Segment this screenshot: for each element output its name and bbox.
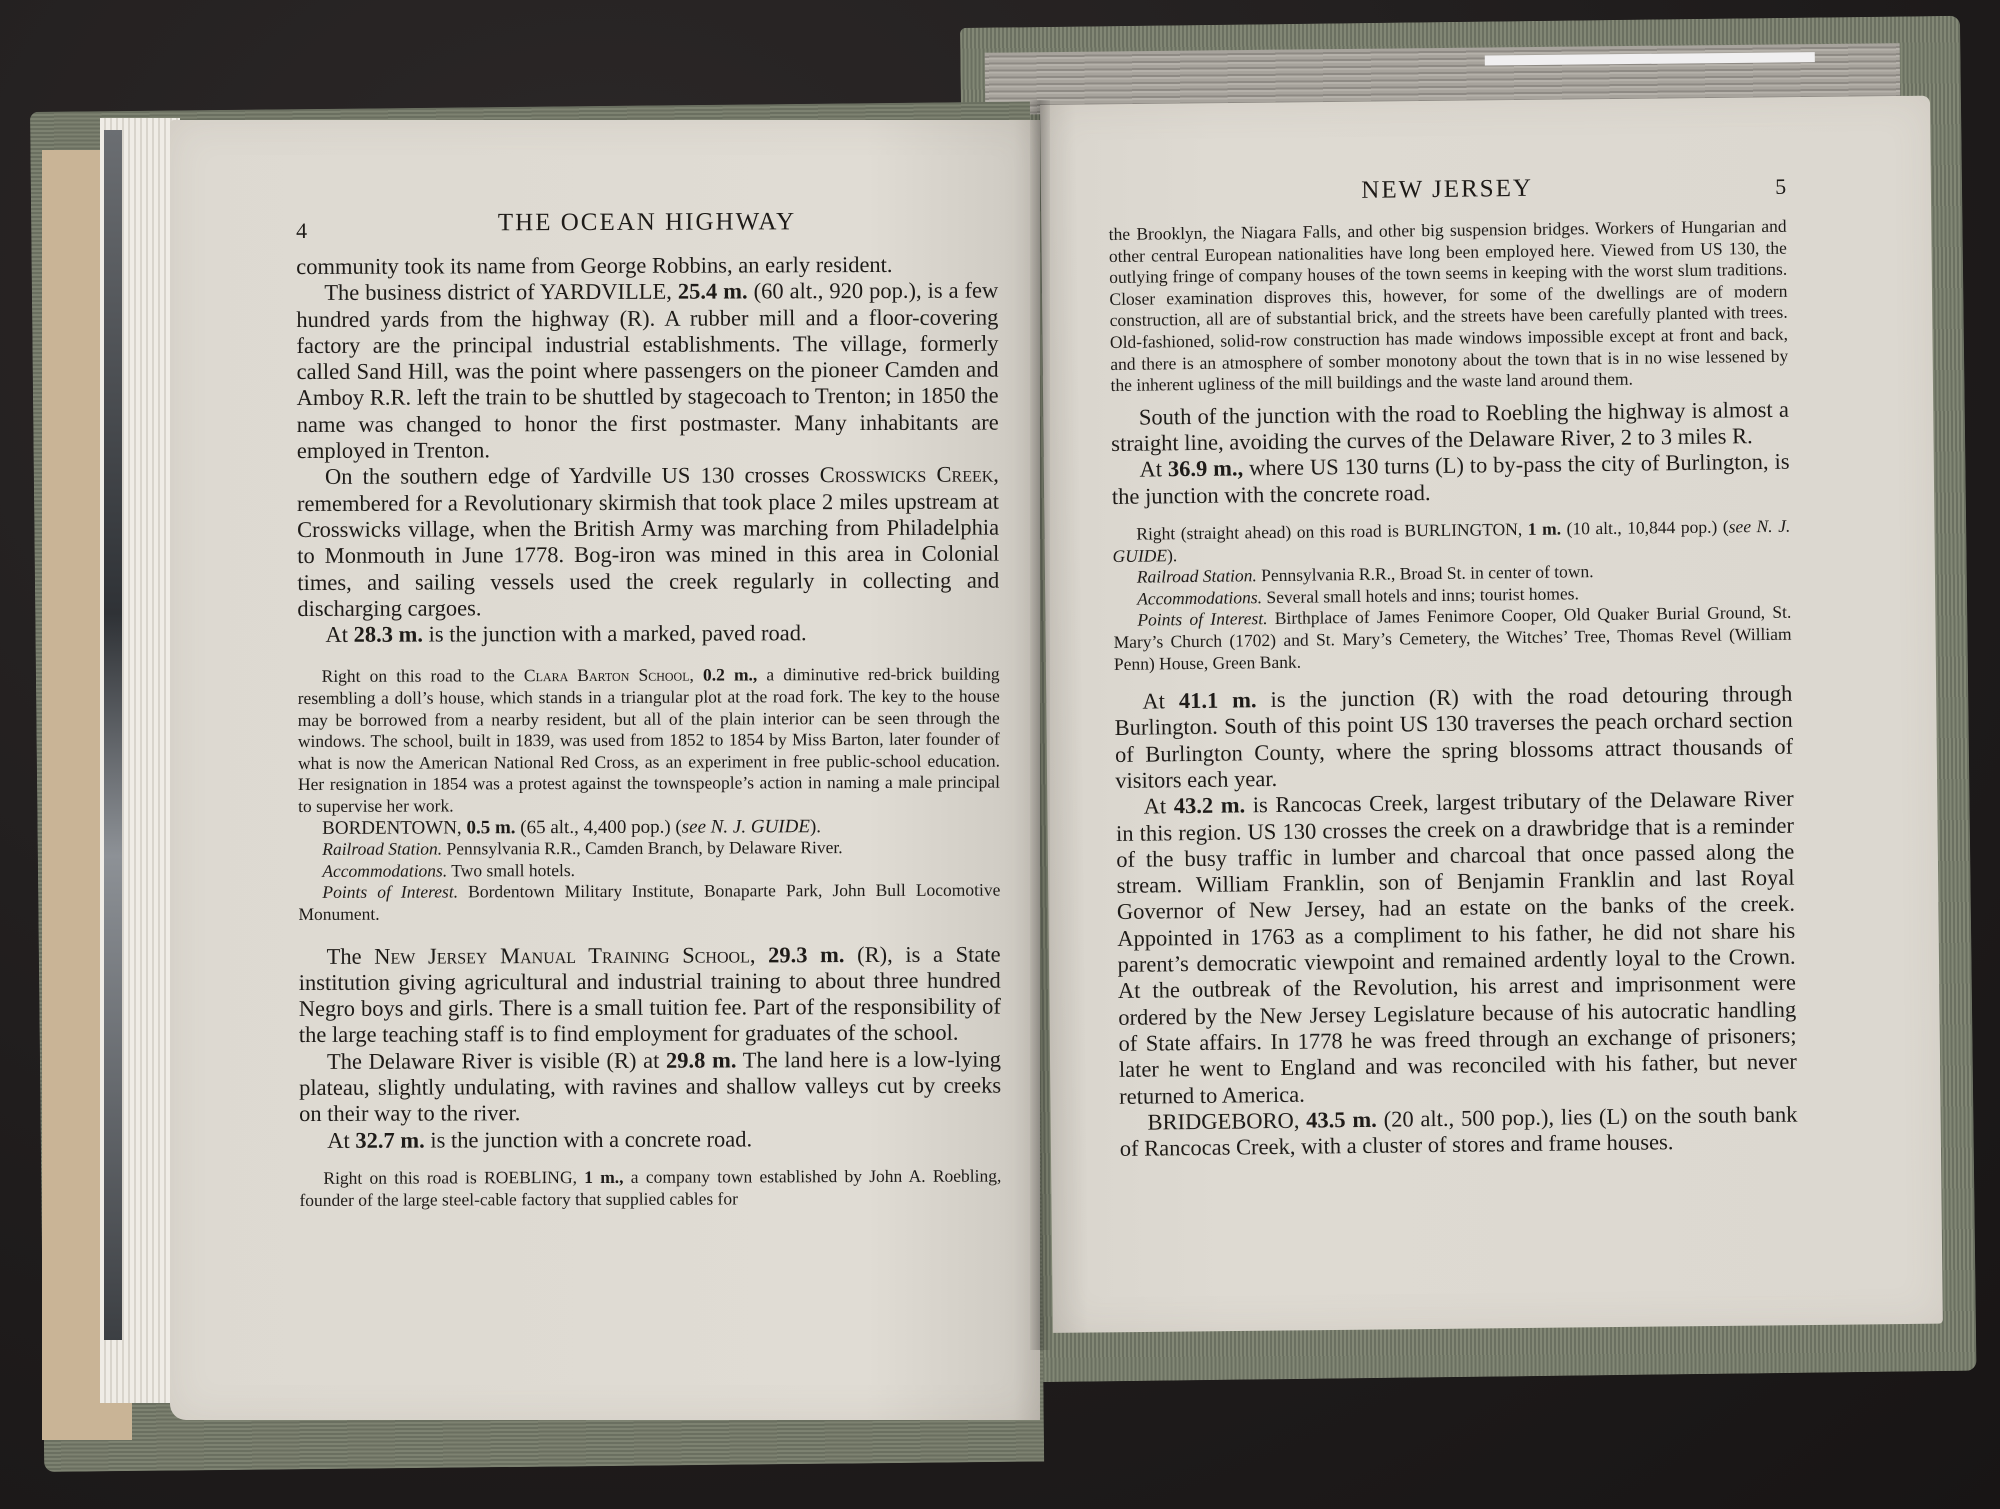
text: is Rancocas Creek, largest tributary of … — [1116, 786, 1797, 1109]
text: (60 alt., 920 pop.), is a few hundred ya… — [296, 278, 998, 463]
paragraph: BRIDGEBORO, 43.5 m. (20 alt., 500 pop.),… — [1119, 1101, 1798, 1162]
label: Accommodations. — [322, 860, 447, 880]
text: The — [327, 943, 375, 968]
text: Right (straight ahead) on this road is B… — [1136, 519, 1528, 544]
mileage: 41.1 m. — [1179, 687, 1257, 713]
side-trip-paragraph: Points of Interest. Bordentown Military … — [298, 880, 1000, 926]
mileage: 0.2 m., — [703, 665, 757, 685]
text: , — [750, 942, 768, 967]
page-number: 5 — [1775, 174, 1786, 200]
side-trip-paragraph: Right on this road to the Clara Barton S… — [298, 664, 1001, 818]
text: Right on this road is ROEBLING, — [323, 1167, 584, 1188]
gutter-shadow — [1030, 100, 1050, 1350]
text: At — [325, 622, 353, 647]
mileage: 29.3 m. — [768, 942, 844, 967]
label: Railroad Station. — [1137, 565, 1257, 586]
label: Railroad Station. — [322, 839, 442, 859]
mileage: 43.5 m. — [1306, 1107, 1377, 1133]
text: ). — [1167, 545, 1177, 565]
paragraph: At 32.7 m. is the junction with a concre… — [299, 1125, 1001, 1154]
text: ). — [810, 816, 821, 837]
plate-edge — [104, 130, 122, 1340]
label: Points of Interest. — [322, 882, 458, 902]
text: Pennsylvania R.R., Camden Branch, by Del… — [442, 837, 843, 858]
text: BRIDGEBORO, — [1147, 1107, 1306, 1134]
text: South of the junction with the road to R… — [1111, 396, 1789, 456]
text: At — [327, 1127, 355, 1152]
paragraph: community took its name from George Robb… — [296, 252, 998, 281]
text: is the junction with a concrete road. — [425, 1126, 752, 1152]
paragraph: At 36.9 m., where US 130 turns (L) to by… — [1111, 449, 1790, 510]
label: Points of Interest. — [1137, 608, 1267, 630]
text: is the junction with a marked, paved roa… — [423, 620, 807, 646]
paragraph: At 43.2 m. is Rancocas Creek, largest tr… — [1116, 786, 1798, 1110]
side-trip-paragraph: the Brooklyn, the Niagara Falls, and oth… — [1109, 216, 1789, 397]
running-head: 4 THE OCEAN HIGHWAY — [296, 208, 998, 254]
paragraph: On the southern edge of Yardville US 130… — [297, 462, 1000, 622]
mileage: 1 m. — [1528, 518, 1561, 538]
mileage: 28.3 m. — [354, 622, 423, 647]
running-head-title: THE OCEAN HIGHWAY — [296, 208, 998, 238]
side-trip-paragraph: Railroad Station. Pennsylvania R.R., Cam… — [298, 837, 1000, 861]
text: the Brooklyn, the Niagara Falls, and oth… — [1109, 216, 1789, 395]
text: The Delaware River is visible (R) at — [327, 1047, 666, 1073]
text: community took its name from George Robb… — [296, 252, 892, 279]
left-page-text: 4 THE OCEAN HIGHWAY community took its n… — [296, 208, 1001, 1212]
place-name: Crosswicks Creek — [820, 462, 994, 488]
text: , — [689, 665, 703, 685]
text: The business district of YARDVILLE, — [324, 279, 678, 305]
mileage: 36.9 m., — [1168, 456, 1244, 482]
side-trip-paragraph: BORDENTOWN, 0.5 m. (65 alt., 4,400 pop.)… — [298, 815, 1000, 839]
text: At — [1142, 688, 1179, 713]
text: Right on this road to the — [322, 666, 524, 687]
mileage: 25.4 m. — [678, 279, 748, 304]
page-edge-highlight — [1485, 52, 1815, 65]
right-page-text: NEW JERSEY 5 the Brooklyn, the Niagara F… — [1108, 172, 1798, 1163]
running-head: NEW JERSEY 5 — [1108, 172, 1786, 224]
mileage: 1 m., — [584, 1167, 623, 1187]
text: At — [1139, 457, 1168, 482]
text: (10 alt., 10,844 pop.) ( — [1561, 516, 1729, 538]
text: At — [1144, 794, 1174, 819]
mileage: 43.2 m. — [1174, 793, 1246, 819]
label: Accommodations. — [1137, 587, 1262, 609]
side-trip-paragraph: Accommodations. Two small hotels. — [298, 858, 1000, 882]
paragraph: The New Jersey Manual Training School, 2… — [299, 941, 1001, 1049]
paragraph: At 41.1 m. is the junction (R) with the … — [1114, 681, 1793, 794]
text: Pennsylvania R.R., Broad St. in center o… — [1257, 561, 1594, 585]
text: BORDENTOWN, — [322, 817, 466, 839]
mileage: 0.5 m. — [466, 817, 515, 838]
place-name: Clara Barton School — [524, 665, 690, 686]
text: On the southern edge of Yardville US 130… — [325, 463, 820, 490]
paragraph: The Delaware River is visible (R) at 29.… — [299, 1046, 1001, 1127]
mileage: 29.8 m. — [666, 1047, 737, 1072]
mileage: 32.7 m. — [355, 1127, 424, 1152]
text: Two small hotels. — [447, 860, 575, 880]
place-name: New Jersey Manual Training School — [374, 942, 750, 968]
cross-reference: see N. J. GUIDE — [682, 816, 810, 837]
paragraph: The business district of YARDVILLE, 25.4… — [296, 278, 999, 465]
text: a diminutive red-brick building resembli… — [298, 664, 1000, 816]
side-trip-paragraph: Right on this road is ROEBLING, 1 m., a … — [299, 1165, 1001, 1211]
text: Several small hotels and inns; tourist h… — [1262, 583, 1579, 607]
paragraph: South of the junction with the road to R… — [1111, 396, 1790, 457]
paragraph: At 28.3 m. is the junction with a marked… — [297, 620, 999, 649]
side-trip-paragraph: Points of Interest. Birthplace of James … — [1113, 602, 1792, 675]
text: (65 alt., 4,400 pop.) ( — [515, 816, 681, 838]
